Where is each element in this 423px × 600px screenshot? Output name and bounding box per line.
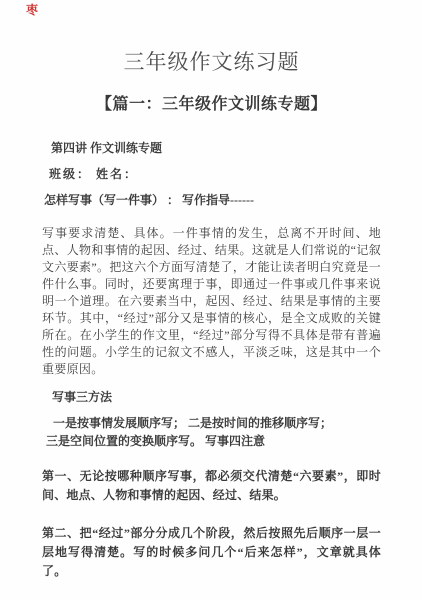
heading-topic: 怎样写事（写一件事） ： 写作指导------ [42, 193, 381, 208]
paragraph-point-1: 第一、无论按哪种顺序写事，都必须交代清楚“六要素”，即时间、地点、人物和事情的起… [42, 467, 381, 505]
page-subtitle: 【篇一：三年级作文训练专题】 [0, 91, 423, 114]
heading-methods-title: 写事三方法 [42, 390, 381, 405]
page-title: 三年级作文练习题 [0, 0, 423, 76]
heading-class-name: 班级： 姓名： [42, 167, 381, 182]
heading-lecture: 第四讲 作文训练专题 [42, 141, 381, 156]
document-body: 第四讲 作文训练专题 班级： 姓名： 怎样写事（写一件事） ： 写作指导----… [0, 141, 423, 581]
paragraph-point-2: 第二、把“经过”部分分成几个阶段，然后按照先后顺序一层一层地写得清楚。写的时候多… [42, 524, 381, 581]
paragraph-main: 写事要求清楚、具体。一件事情的发生，总离不开时间、地点、人物和事情的起因、经过、… [42, 225, 381, 378]
methods-line-1: 一是按事情发展顺序写； 二是按时间的推移顺序写； [42, 414, 381, 432]
methods-line-2: 三是空间位置的变换顺序写。 写事四注意 [42, 432, 381, 450]
document-page: 枣 三年级作文练习题 【篇一：三年级作文训练专题】 第四讲 作文训练专题 班级：… [0, 0, 423, 600]
corner-mark: 枣 [26, 4, 38, 16]
